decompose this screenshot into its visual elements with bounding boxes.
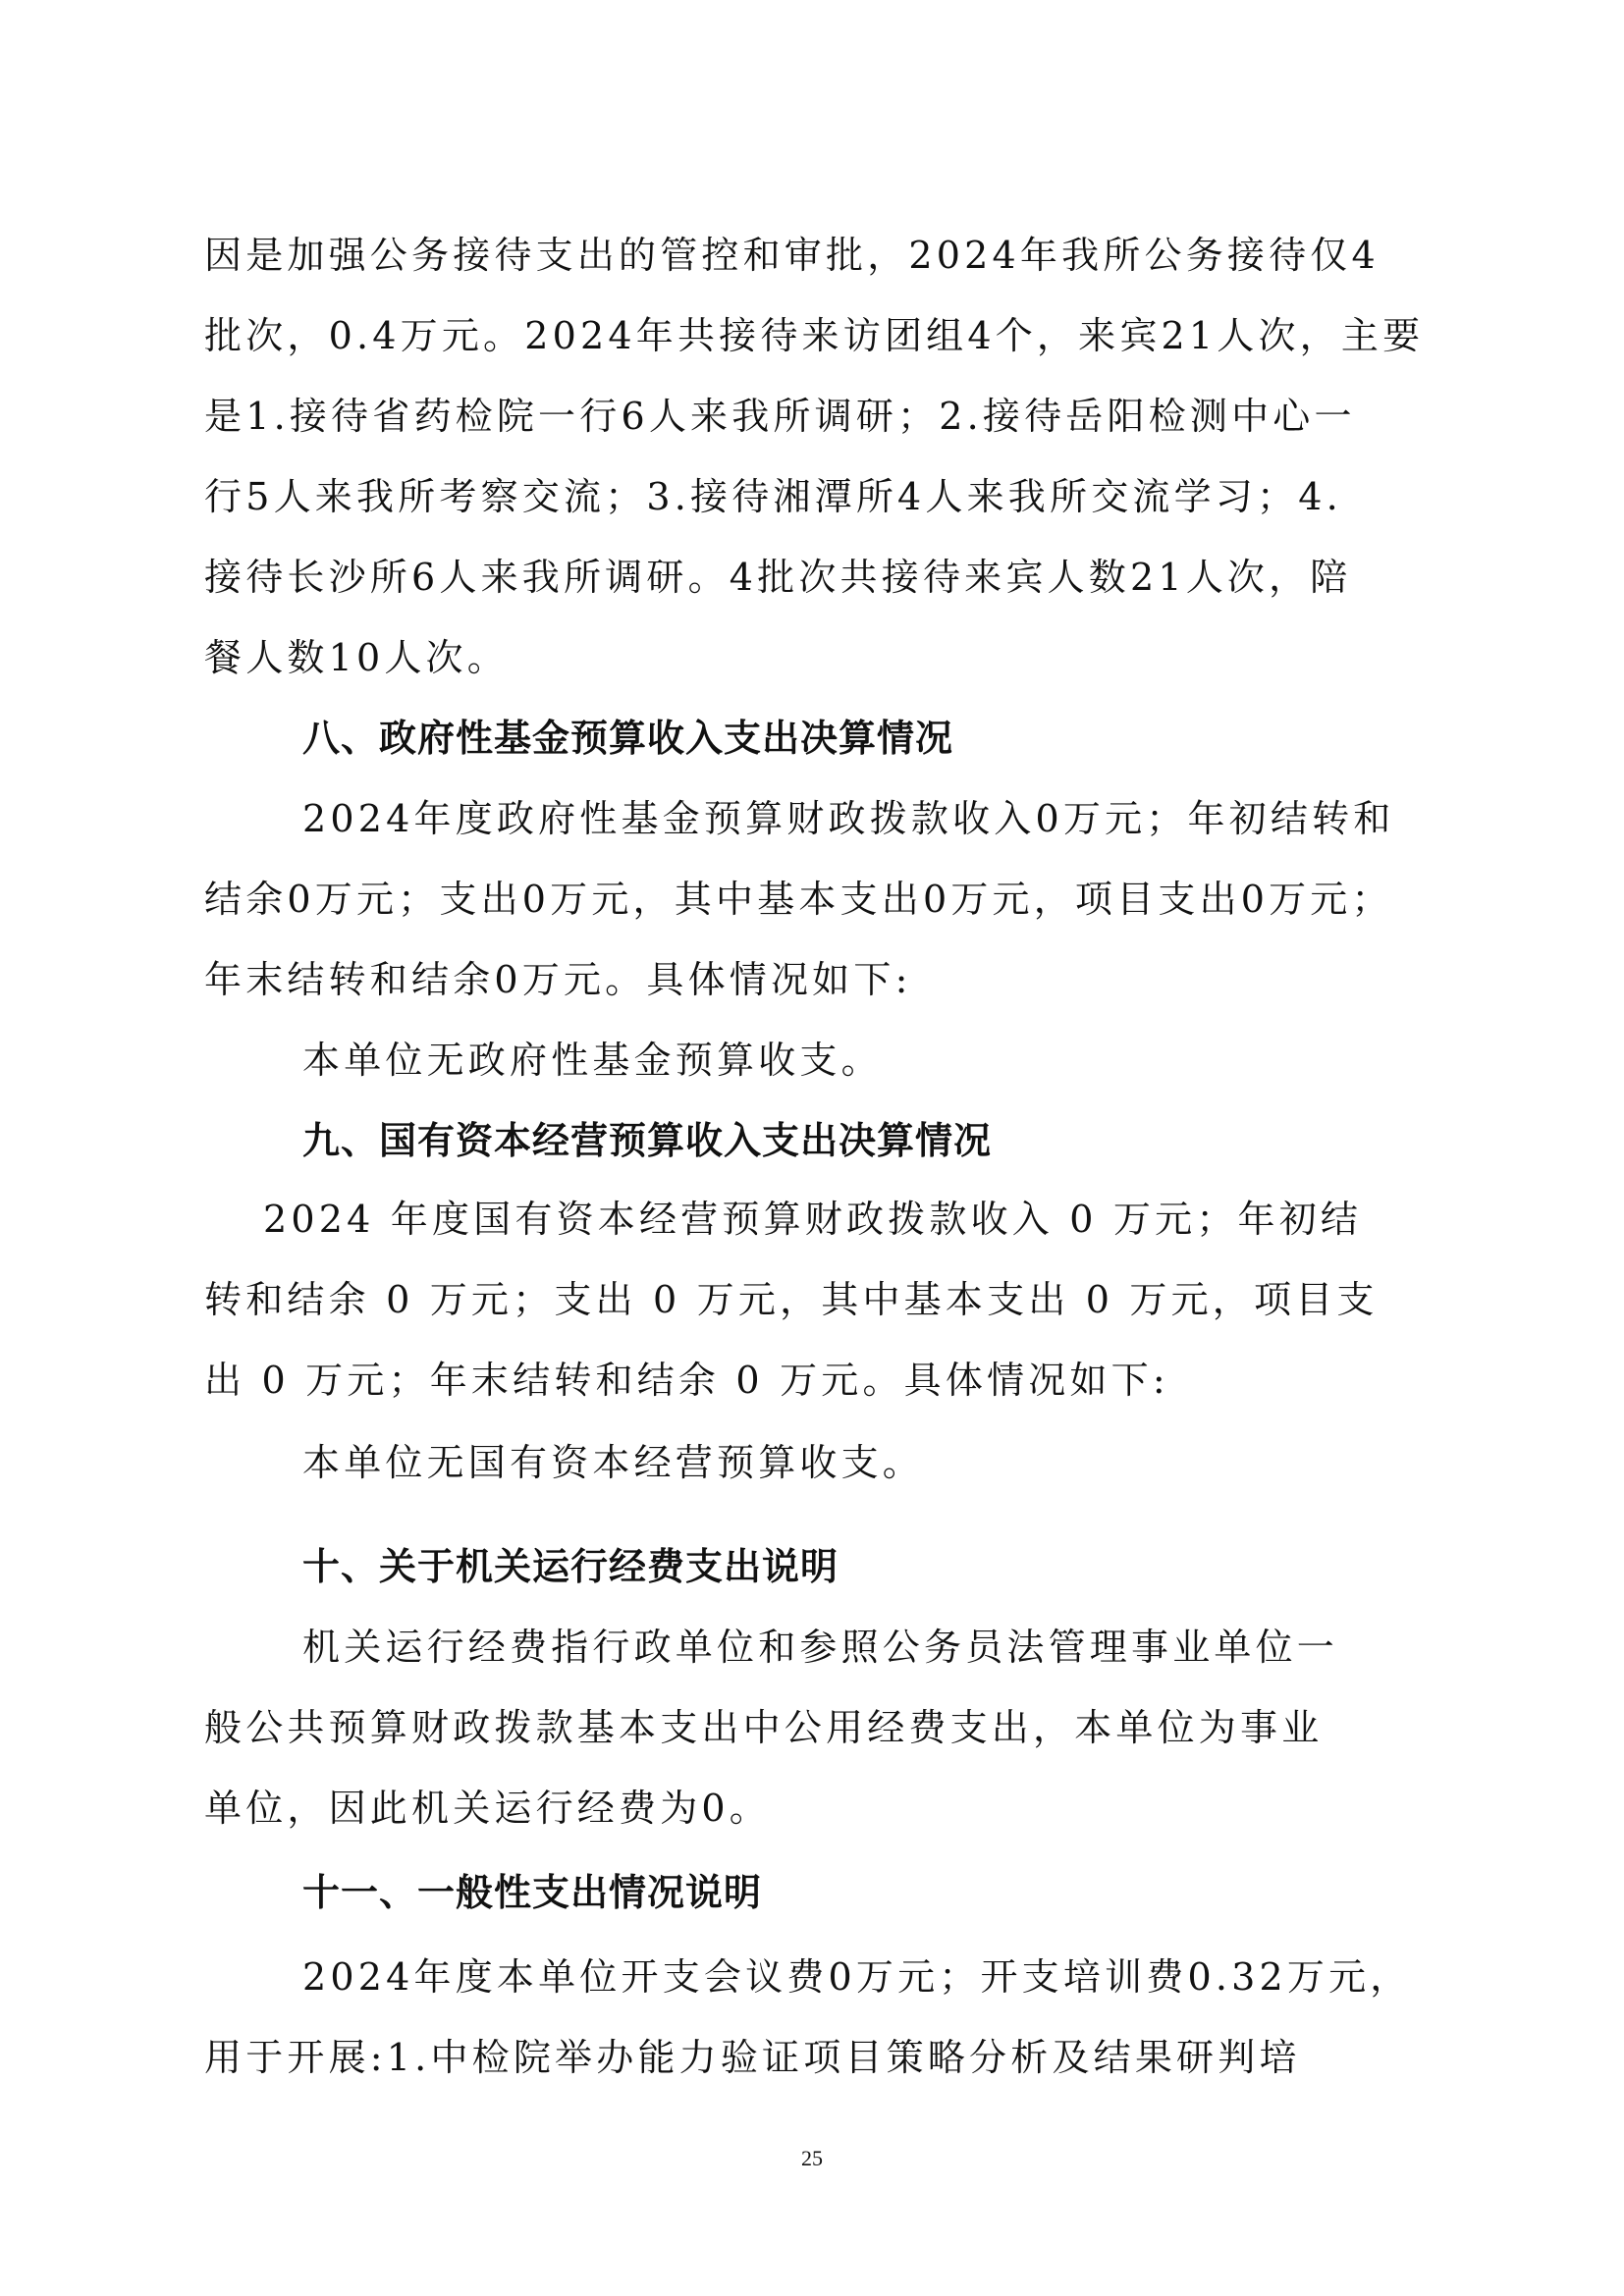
text-line: 行5人来我所考察交流；3.接待湘潭所4人来我所交流学习；4.: [204, 473, 1422, 520]
text-line: 用于开展:1.中检院举办能力验证项目策略分析及结果研判培: [204, 2034, 1422, 2081]
section-heading-10: 十、关于机关运行经费支出说明: [302, 1543, 839, 1590]
text-line: 因是加强公务接待支出的管控和审批，2024年我所公务接待仅4: [204, 232, 1422, 279]
text-line: 出 0 万元；年末结转和结余 0 万元。具体情况如下:: [204, 1357, 1422, 1404]
text-line: 2024年度本单位开支会议费0万元；开支培训费0.32万元，: [302, 1953, 1422, 2001]
text-line: 本单位无国有资本经营预算收支。: [302, 1439, 1422, 1486]
section-heading-9: 九、国有资本经营预算收入支出决算情况: [302, 1117, 992, 1164]
text-line: 转和结余 0 万元；支出 0 万元，其中基本支出 0 万元，项目支: [204, 1276, 1422, 1323]
text-line: 批次，0.4万元。2024年共接待来访团组4个，来宾21人次，主要: [204, 312, 1422, 359]
text-line: 接待长沙所6人来我所调研。4批次共接待来宾人数21人次，陪: [204, 554, 1422, 601]
page-number: 25: [0, 2146, 1624, 2171]
text-line: 餐人数10人次。: [204, 634, 1422, 681]
text-line: 年末结转和结余0万元。具体情况如下:: [204, 956, 1422, 1003]
text-line: 2024 年度国有资本经营预算财政拨款收入 0 万元；年初结: [263, 1196, 1422, 1243]
text-line: 机关运行经费指行政单位和参照公务员法管理事业单位一: [302, 1624, 1422, 1671]
text-line: 般公共预算财政拨款基本支出中公用经费支出，本单位为事业: [204, 1704, 1422, 1751]
section-heading-8: 八、政府性基金预算收入支出决算情况: [302, 715, 953, 762]
text-line: 2024年度政府性基金预算财政拨款收入0万元；年初结转和: [302, 795, 1422, 842]
text-line: 本单位无政府性基金预算收支。: [302, 1037, 1422, 1084]
text-line: 单位，因此机关运行经费为0。: [204, 1785, 1422, 1832]
text-line: 是1.接待省药检院一行6人来我所调研；2.接待岳阳检测中心一: [204, 393, 1422, 440]
section-heading-11: 十一、一般性支出情况说明: [302, 1869, 762, 1916]
text-line: 结余0万元；支出0万元，其中基本支出0万元，项目支出0万元；: [204, 876, 1422, 923]
